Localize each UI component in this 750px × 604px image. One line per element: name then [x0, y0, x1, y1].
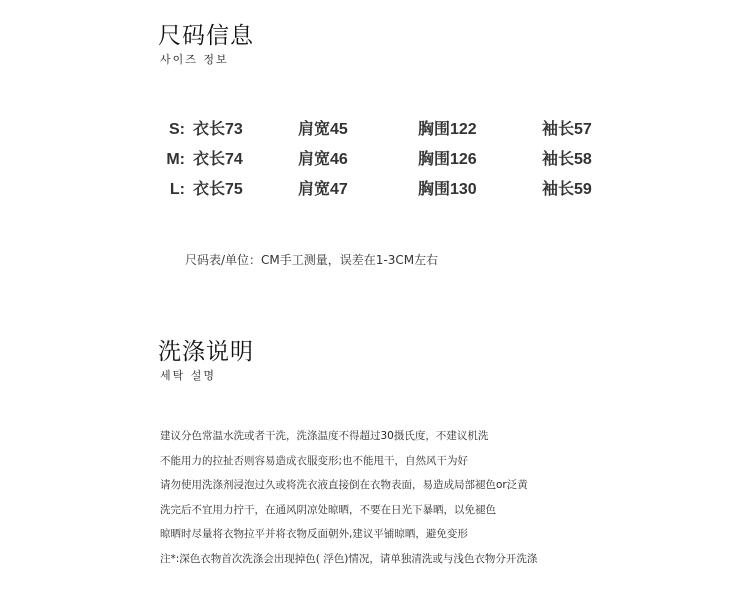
length-value: 衣长74 — [193, 148, 243, 172]
measurement-note: 尺码表/单位：CM手工测量，误差在1-3CM左右 — [185, 251, 438, 269]
size-row-m: M: 衣长74 肩宽46 胸围126 袖长58 — [0, 148, 750, 172]
wash-instructions-subtitle: 세탁 설명 — [160, 369, 216, 383]
shoulder-value: 肩宽46 — [298, 148, 348, 172]
sleeve-value: 袖长58 — [542, 148, 592, 172]
size-label: M: — [166, 148, 185, 172]
care-instructions-list: 建议分色常温水洗或者干洗，洗涤温度不得超过30摄氏度，不建议机洗 不能用力的拉扯… — [160, 427, 537, 575]
care-instruction-note: 注*:深色衣物首次洗涤会出现掉色( 浮色)情况，请单独清洗或与浅色衣物分开洗涤 — [160, 550, 537, 575]
care-instruction: 建议分色常温水洗或者干洗，洗涤温度不得超过30摄氏度，不建议机洗 — [160, 427, 537, 452]
shoulder-value: 肩宽47 — [298, 178, 348, 202]
chest-value: 胸围126 — [418, 148, 477, 172]
length-value: 衣长73 — [193, 118, 243, 142]
shoulder-value: 肩宽45 — [298, 118, 348, 142]
wash-instructions-title: 洗涤说明 — [158, 338, 254, 366]
size-label: S: — [169, 118, 185, 142]
care-instruction: 不能用力的拉扯否则容易造成衣服变形;也不能甩干，自然风干为好 — [160, 452, 537, 477]
size-info-title: 尺码信息 — [158, 22, 254, 50]
chest-value: 胸围122 — [418, 118, 477, 142]
chest-value: 胸围130 — [418, 178, 477, 202]
sleeve-value: 袖长57 — [542, 118, 592, 142]
size-row-l: L: 衣长75 肩宽47 胸围130 袖长59 — [0, 178, 750, 202]
care-instruction: 晾晒时尽量将衣物拉平并将衣物反面朝外,建议平铺晾晒，避免变形 — [160, 525, 537, 550]
size-label: L: — [170, 178, 185, 202]
sleeve-value: 袖长59 — [542, 178, 592, 202]
size-info-subtitle: 사이즈 정보 — [160, 53, 229, 67]
size-row-s: S: 衣长73 肩宽45 胸围122 袖长57 — [0, 118, 750, 142]
length-value: 衣长75 — [193, 178, 243, 202]
care-instruction: 洗完后不宜用力拧干，在通风阴凉处晾晒，不要在日光下暴晒，以免褪色 — [160, 501, 537, 526]
care-instruction: 请勿使用洗涤剂浸泡过久或将洗衣液直接倒在衣物表面，易造成局部褪色or泛黄 — [160, 476, 537, 501]
